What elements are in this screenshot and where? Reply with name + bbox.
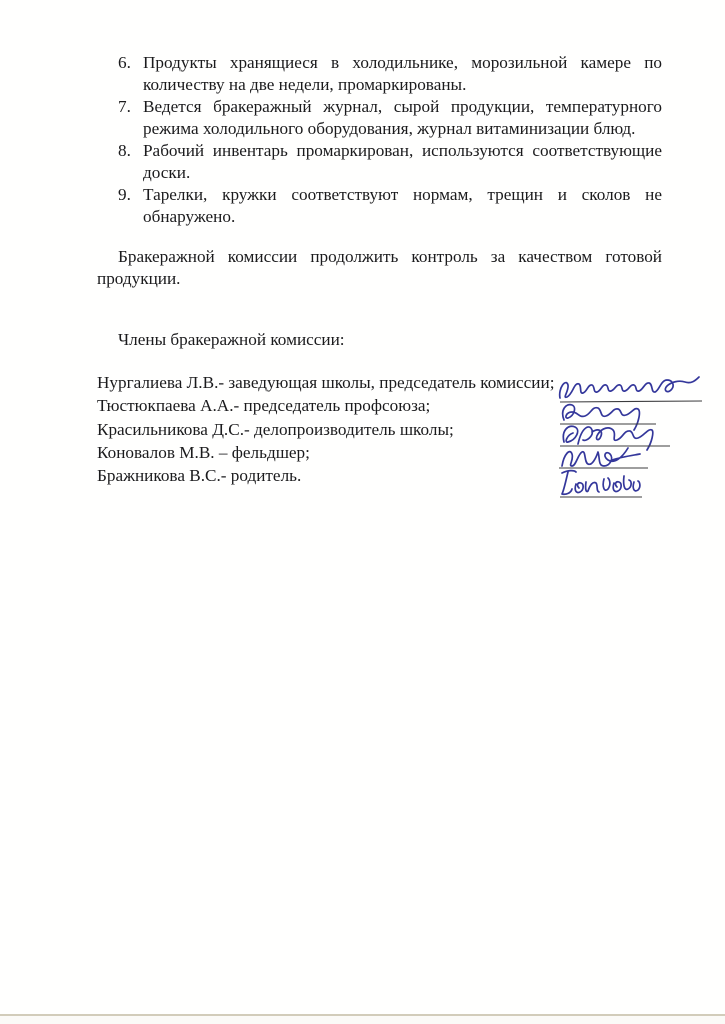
members-heading: Члены бракеражной комиссии: [118,329,662,351]
signature-underline [560,401,702,402]
list-item-number: 7. [118,96,142,118]
list-item-number: 8. [118,140,142,162]
signatures-block [556,372,708,508]
list-item-number: 6. [118,52,142,74]
list-item-number: 9. [118,184,142,206]
signature-nurgalieva-icon [560,377,699,398]
list-item-9: 9. Тарелки, кружки соответствуют нормам,… [97,184,662,228]
scan-edge-margin [0,1016,725,1024]
numbered-list: 6. Продукты хранящиеся в холодильнике, м… [97,52,662,228]
resolution-paragraph: Бракеражной комиссии продолжить контроль… [97,246,662,290]
signature-konovalov-icon [562,448,640,466]
list-item-8: 8. Рабочий инвентарь промаркирован, испо… [97,140,662,184]
list-item-6: 6. Продукты хранящиеся в холодильнике, м… [97,52,662,96]
list-item-text: Продукты хранящиеся в холодильнике, моро… [143,53,662,94]
scanned-document-page: 6. Продукты хранящиеся в холодильнике, м… [0,0,725,1024]
list-item-text: Ведется бракеражный журнал, сырой продук… [143,97,662,138]
signature-brazhnikova-icon [562,471,640,495]
list-item-7: 7. Ведется бракеражный журнал, сырой про… [97,96,662,140]
list-item-text: Тарелки, кружки соответствуют нормам, тр… [143,185,662,226]
list-item-text: Рабочий инвентарь промаркирован, использ… [143,141,662,182]
